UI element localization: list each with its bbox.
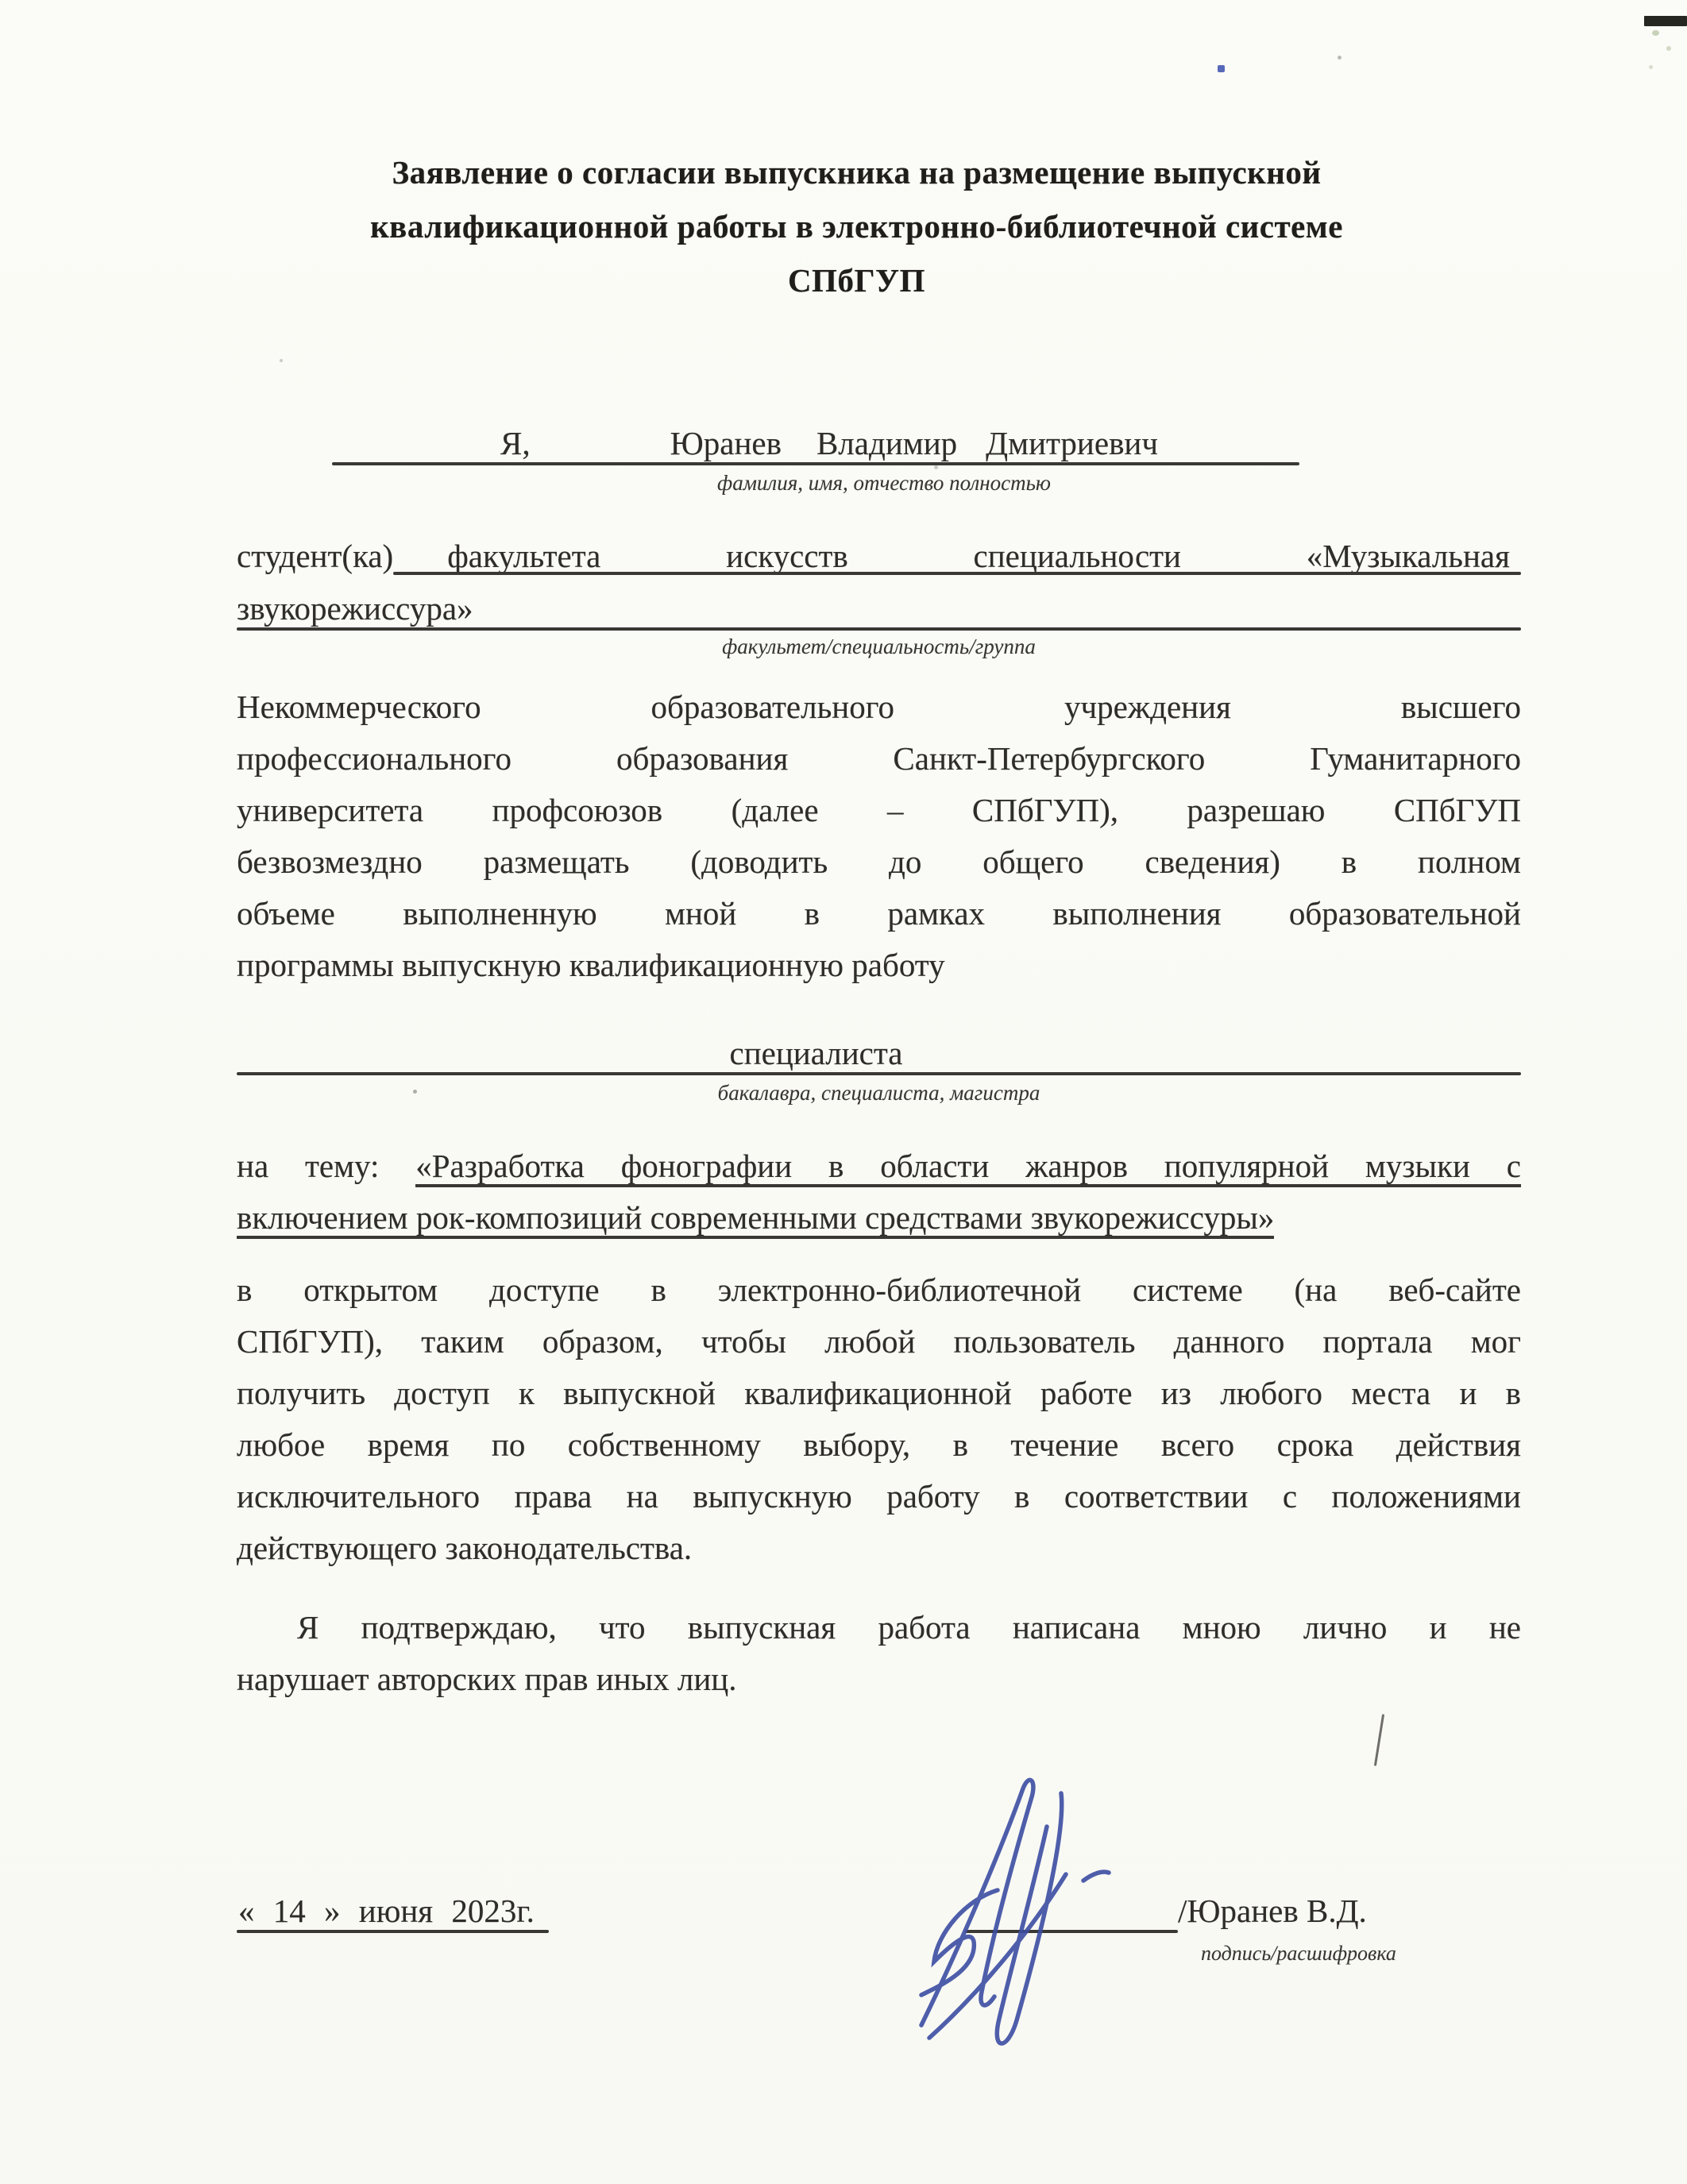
name-underline <box>332 462 1299 465</box>
title-line-1: Заявление о согласии выпускника на разме… <box>237 145 1477 199</box>
scanner-artifact-bar <box>1644 16 1687 26</box>
date-underline <box>237 1930 549 1933</box>
faculty-word: факультета <box>447 537 600 575</box>
topic-line-1: на тему: «Разработка фонографии в област… <box>237 1140 1521 1192</box>
topic-prefix: на тему: <box>237 1148 379 1184</box>
faculty-word: «Музыкальная <box>1307 537 1510 575</box>
topic-title-part-2: включением рок-композиций современными с… <box>237 1199 1274 1239</box>
date-line: « 14 » июня 2023г. <box>237 1892 549 1933</box>
paragraph-line: безвозмездно размещать (доводить до обще… <box>237 836 1521 888</box>
pronoun-text: Я, <box>500 424 531 462</box>
pen-mark <box>1374 1714 1384 1766</box>
scan-speck <box>1338 56 1341 60</box>
speciality-text: звукорежиссура» <box>237 589 478 627</box>
declarant-last-name: Юранев <box>670 424 782 462</box>
scan-speck <box>1652 30 1659 36</box>
scan-speck <box>1649 65 1653 69</box>
declarant-name-line: Я, Юранев Владимир Дмитриевич <box>332 424 1299 465</box>
faculty-fill-area: факультета искусств специальности «Музык… <box>393 537 1521 575</box>
scan-speck <box>1666 46 1671 51</box>
title-line-3: СПбГУП <box>237 253 1477 307</box>
paragraph-line: нарушает авторских прав иных лиц. <box>237 1653 1521 1705</box>
declarant-middle-name: Дмитриевич <box>986 424 1158 462</box>
paragraph-line: университета профсоюзов (далее – СПбГУП)… <box>237 785 1521 836</box>
declarant-first-name: Владимир <box>816 424 957 462</box>
faculty-field-caption: факультет/специальность/группа <box>237 634 1521 659</box>
handwritten-signature <box>904 1757 1118 2051</box>
paragraph-line: Некоммерческого образовательного учрежде… <box>237 681 1521 733</box>
scan-speck <box>934 465 938 469</box>
scanned-consent-document-page: Заявление о согласии выпускника на разме… <box>0 0 1687 2184</box>
signature-field-caption: подпись/расшифровка <box>1201 1941 1487 1966</box>
paragraph-line: объеме выполненную мной в рамках выполне… <box>237 888 1521 940</box>
paragraph-line: профессионального образования Санкт-Пете… <box>237 733 1521 785</box>
faculty-word: искусств <box>726 537 848 575</box>
name-field-caption: фамилия, имя, отчество полностью <box>332 470 1299 496</box>
topic-section: на тему: «Разработка фонографии в област… <box>237 1140 1521 1244</box>
title-line-2: квалификационной работы в электронно-биб… <box>237 199 1477 253</box>
paragraph-line: Я подтверждаю, что выпускная работа напи… <box>237 1602 1521 1653</box>
paragraph-line: действующего законодательства. <box>237 1522 1521 1574</box>
degree-underline <box>237 1072 1521 1075</box>
paragraph-line: в открытом доступе в электронно-библиоте… <box>237 1264 1521 1316</box>
speciality-continuation-line: звукорежиссура» <box>237 589 1521 631</box>
paragraph-line: СПбГУП), таким образом, чтобы любой поль… <box>237 1316 1521 1368</box>
faculty-word: специальности <box>974 537 1181 575</box>
paragraph-line: получить доступ к выпускной квалификацио… <box>237 1368 1521 1419</box>
faculty-underline <box>393 572 1521 575</box>
document-title: Заявление о согласии выпускника на разме… <box>237 145 1521 307</box>
scan-speck <box>280 359 283 362</box>
degree-field-caption: бакалавра, специалиста, магистра <box>237 1080 1521 1106</box>
paragraph-access-terms: в открытом доступе в электронно-библиоте… <box>237 1264 1521 1574</box>
topic-line-2: включением рок-композиций современными с… <box>237 1192 1521 1244</box>
degree-value: специалиста <box>237 1034 1521 1072</box>
paragraph-line: программы выпускную квалификационную раб… <box>237 940 1521 991</box>
paragraph-line: любое время по собственному выбору, в те… <box>237 1419 1521 1471</box>
date-text: « 14 » июня 2023г. <box>238 1893 535 1929</box>
speciality-underline <box>237 627 1521 631</box>
signature-name-text: /Юранев В.Д. <box>1178 1892 1367 1930</box>
topic-title-part-1: «Разработка фонографии в области жанров … <box>415 1148 1521 1187</box>
degree-line: специалиста <box>237 1034 1521 1075</box>
paragraph-line: исключительного права на выпускную работ… <box>237 1471 1521 1522</box>
student-prefix: студент(ка) <box>237 537 393 575</box>
student-faculty-line: студент(ка) факультета искусств специаль… <box>237 537 1521 578</box>
paragraph-confirmation: Я подтверждаю, что выпускная работа напи… <box>237 1602 1521 1705</box>
paragraph-permission: Некоммерческого образовательного учрежде… <box>237 681 1521 991</box>
ink-speck <box>1218 65 1225 72</box>
